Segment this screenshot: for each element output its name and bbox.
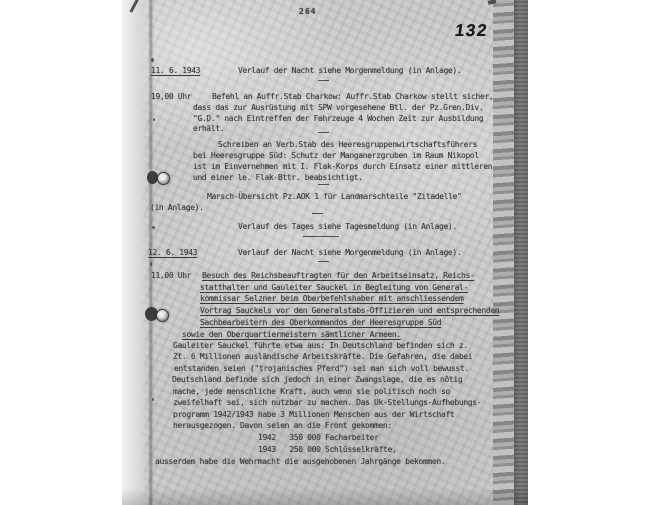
schreiben-line: und einer le. Flak-Bttr. beabsichtigt. — [193, 173, 363, 183]
schreiben-line: ist im Einvernehmen mit I. Flak-Korps du… — [193, 162, 492, 172]
crease-speck — [151, 58, 154, 62]
binding-grommet-top — [157, 172, 170, 185]
night-report-line: Verlauf der Nacht siehe Morgenmeldung (i… — [238, 248, 461, 258]
besuch-line: kommissar Selzner beim Oberbefehlshaber … — [200, 294, 464, 304]
speech-line: Deutschland befinde sich jedoch in einer… — [172, 375, 462, 385]
paragraph-separator — [318, 184, 329, 185]
book-edge-strip — [514, 0, 528, 505]
page-number: 264 — [299, 7, 316, 16]
marsch-line: Marsch-Übersicht Pz.AOK 1 für Landmarsch… — [207, 192, 462, 202]
speech-line: programm 1942/1943 habe 3 Millionen Mens… — [173, 410, 454, 420]
folio-stamp: 132 — [454, 21, 490, 41]
speech-line: herausgezogen. Davon seien an die Front … — [173, 421, 392, 431]
entry-date: 12. 6. 1943 — [148, 248, 197, 258]
besuch-line: Besuch des Reichsbeauftragten für den Ar… — [202, 271, 474, 281]
besuch-line: Vortrag Sauckels vor den Generalstabs-Of… — [200, 306, 499, 316]
crease-speck — [152, 398, 154, 401]
front-table-row: 1943 250 000 Schlüsselkräfte, — [258, 445, 396, 455]
befehl-line: Befehl an Auffr.Stab Charkow: Auffr.Stab… — [212, 92, 493, 102]
crease-speck — [153, 118, 155, 121]
speech-line: Zt. 6 Millionen ausländische Arbeitskräf… — [173, 352, 472, 362]
previous-page-edge — [122, 0, 149, 505]
paragraph-separator — [318, 132, 329, 133]
night-report-line: Verlauf der Nacht siehe Morgenmeldung (i… — [238, 66, 461, 76]
paragraph-separator — [318, 261, 329, 262]
speech-line: entstanden seien ("trojanisches Pferd") … — [174, 364, 469, 374]
time-label: 11,00 Uhr — [151, 271, 191, 281]
bottom-shadow — [122, 488, 528, 505]
speech-line: Gauleiter Sauckel führte etwa aus: In De… — [173, 341, 468, 351]
schreiben-line: bei Heeresgruppe Süd: Schutz der Mangane… — [193, 151, 479, 161]
time-label: 19,00 Uhr — [151, 92, 191, 102]
befehl-line: dass das zur Ausrüstung mit SPW vorgeseh… — [193, 103, 483, 113]
befehl-line: erhält. — [193, 124, 224, 134]
speech-line: mache, jede menschliche Kraft, auch wenn… — [173, 387, 450, 397]
torn-paper-edge — [493, 0, 515, 505]
entry-date: 11. 6. 1943 — [151, 66, 200, 76]
besuch-line: Sachbearbeitern des Oberkommandos der He… — [200, 318, 441, 328]
closing-line: ausserdem habe die Wehrmacht die ausgeho… — [155, 457, 445, 467]
schreiben-line: Schreiben an Verb.Stab des Heeresgruppen… — [218, 140, 477, 150]
binding-grommet-bottom — [156, 309, 169, 322]
day-report-line: Verlauf des Tages siehe Tagesmeldung (in… — [238, 222, 457, 232]
marsch-line: (in Anlage). — [150, 203, 204, 213]
besuch-line: statthalter und Gauleiter Sauckel in Beg… — [200, 283, 468, 293]
entry-separator — [303, 236, 339, 237]
scanned-page-photo: 264 132 11. 6. 1943 Verlauf der Nacht si… — [122, 0, 528, 505]
crease-speck — [152, 226, 155, 229]
paragraph-separator — [318, 80, 329, 81]
paragraph-separator — [312, 213, 323, 214]
front-table-row: 1942 350 000 Facharbeiter — [258, 433, 379, 443]
befehl-line: "G.D." nach Eintreffen der Fahrzeuge 4 W… — [193, 114, 483, 124]
speech-line: zweifelhaft sei, sich nutzbar zu machen.… — [173, 398, 481, 408]
crease-speck — [150, 262, 152, 266]
besuch-line: sowie den Oberquartiermeistern sämtliche… — [182, 330, 401, 340]
